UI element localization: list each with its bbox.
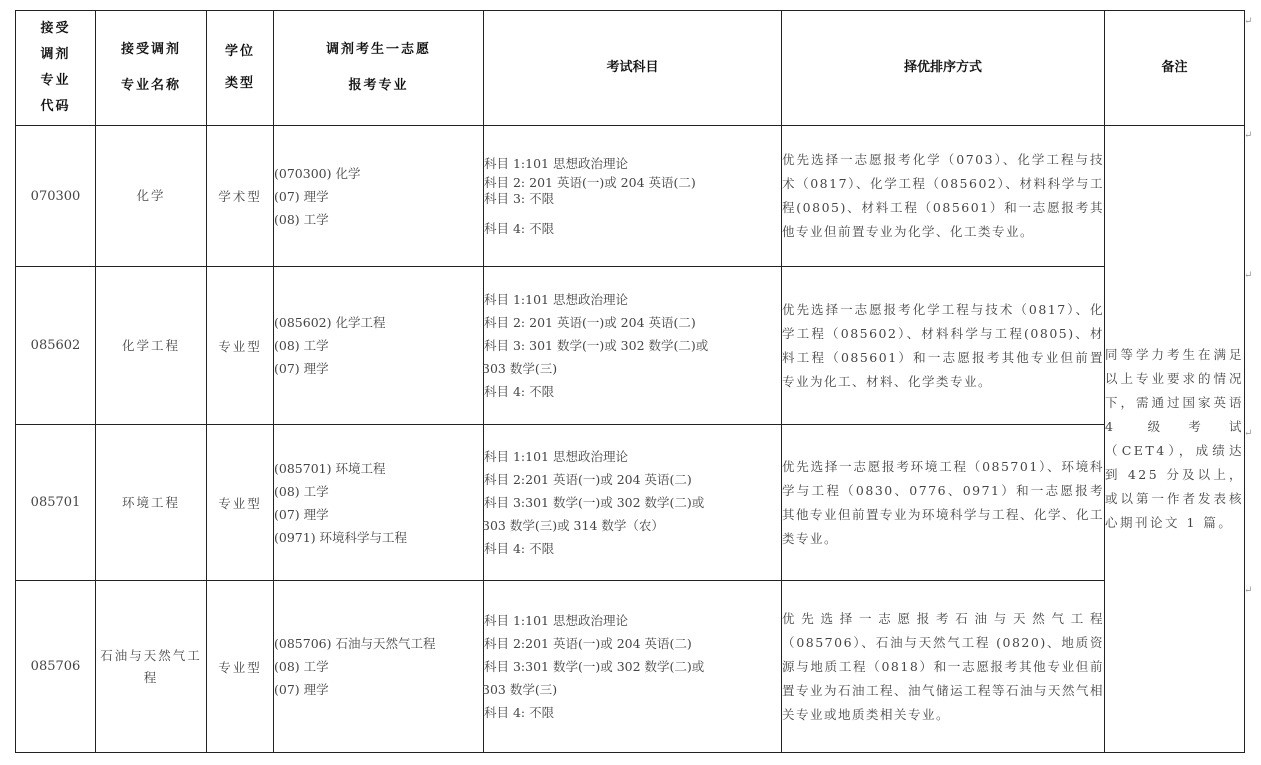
subject-line: 科目 3:301 数学(一)或 302 数学(二)或: [484, 491, 781, 514]
header-text: 调剂: [40, 42, 70, 68]
header-ranking: 择优排序方式: [782, 11, 1105, 126]
cell-ranking: 优先选择一志愿报考环境工程（085701）、环境科学与工程（0830、0776、…: [782, 425, 1105, 581]
header-text: 接受调剂: [121, 32, 181, 68]
subject-line: 303 数学(三): [482, 357, 781, 380]
cell-ranking: 优先选择一志愿报考石油与天然气工程（085706）、石油与天然气工程 (0820…: [782, 581, 1105, 753]
header-subjects: 考试科目: [484, 11, 782, 126]
subject-line: 科目 2:201 英语(一)或 204 英语(二): [484, 632, 781, 655]
subject-line: 科目 4: 不限: [484, 380, 781, 403]
subject-line: 科目 2: 201 英语(一)或 204 英语(二): [484, 311, 781, 334]
header-text: 接受: [40, 16, 70, 42]
cell-code: 085602: [16, 267, 96, 425]
cell-subjects: 科目 1:101 思想政治理论 科目 2:201 英语(一)或 204 英语(二…: [484, 581, 782, 753]
cell-ranking: 优先选择一志愿报考化学（0703）、化学工程与技术（0817）、化学工程（085…: [782, 126, 1105, 267]
first-choice-line: (07) 理学: [274, 185, 483, 208]
header-code: 接受 调剂 专业 代码: [16, 11, 96, 126]
adjustment-table: 接受 调剂 专业 代码 接受调剂 专业名称 学位 类型 调剂考生一志愿 报考专业: [15, 10, 1245, 753]
subject-line: 303 数学(三)或 314 数学（农）: [482, 514, 781, 537]
cell-code: 070300: [16, 126, 96, 267]
table-row: 085706 石油与天然气工程 专业型 (085706) 石油与天然气工程 (0…: [16, 581, 1245, 753]
first-choice-line: (070300) 化学: [274, 162, 483, 185]
subject-line: 科目 4: 不限: [484, 537, 781, 560]
cell-first-choice: (085701) 环境工程 (08) 工学 (07) 理学 (0971) 环境科…: [274, 425, 484, 581]
cell-subjects: 科目 1:101 思想政治理论 科目 2:201 英语(一)或 204 英语(二…: [484, 425, 782, 581]
header-text: 报考专业: [326, 68, 431, 104]
header-text: 代码: [40, 94, 70, 120]
header-first-choice: 调剂考生一志愿 报考专业: [274, 11, 484, 126]
row-end-mark-icon: ↵: [1244, 16, 1252, 27]
row-end-mark-icon: ↵: [1244, 130, 1252, 141]
first-choice-line: (085602) 化学工程: [274, 311, 483, 334]
cell-first-choice: (085602) 化学工程 (08) 工学 (07) 理学: [274, 267, 484, 425]
cell-degree-type: 专业型: [207, 581, 274, 753]
subject-line: 科目 3:301 数学(一)或 302 数学(二)或: [484, 655, 781, 678]
cell-name: 化学工程: [96, 267, 207, 425]
subject-line: 科目 2: 201 英语(一)或 204 英语(二): [484, 175, 781, 191]
header-name: 接受调剂 专业名称: [96, 11, 207, 126]
first-choice-line: (085701) 环境工程: [274, 457, 483, 480]
header-text: 调剂考生一志愿: [326, 32, 431, 68]
first-choice-line: (08) 工学: [274, 480, 483, 503]
cell-degree-type: 专业型: [207, 267, 274, 425]
first-choice-line: (07) 理学: [274, 503, 483, 526]
first-choice-line: (08) 工学: [274, 334, 483, 357]
cell-code: 085706: [16, 581, 96, 753]
row-end-mark-icon: ↵: [1244, 585, 1252, 596]
first-choice-line: (07) 理学: [274, 678, 483, 701]
subject-line: 科目 3: 301 数学(一)或 302 数学(二)或: [484, 334, 781, 357]
table-row: 085602 化学工程 专业型 (085602) 化学工程 (08) 工学 (0…: [16, 267, 1245, 425]
header-remark: 备注: [1105, 11, 1245, 126]
subject-line: 科目 1:101 思想政治理论: [484, 609, 781, 632]
header-text: 专业: [40, 68, 70, 94]
first-choice-line: (08) 工学: [274, 208, 483, 231]
subject-line: 303 数学(三): [482, 678, 781, 701]
cell-name: 石油与天然气工程: [96, 581, 207, 753]
subject-line: 科目 4: 不限: [484, 701, 781, 724]
header-text: 类型: [225, 68, 255, 100]
first-choice-line: (08) 工学: [274, 655, 483, 678]
subject-line: 科目 1:101 思想政治理论: [484, 288, 781, 311]
cell-remark: 同等学力考生在满足以上专业要求的情况下，需通过国家英语 4 级考试（CET4），…: [1105, 126, 1245, 753]
row-end-mark-icon: ↵: [1244, 428, 1252, 439]
subject-line: 科目 1:101 思想政治理论: [484, 152, 781, 175]
cell-degree-type: 学术型: [207, 126, 274, 267]
cell-first-choice: (070300) 化学 (07) 理学 (08) 工学: [274, 126, 484, 267]
table-row: 070300 化学 学术型 (070300) 化学 (07) 理学 (08) 工…: [16, 126, 1245, 267]
header-text: 学位: [225, 36, 255, 68]
header-text: 专业名称: [121, 68, 181, 104]
subject-line: 科目 3: 不限: [484, 191, 781, 207]
first-choice-line: (0971) 环境科学与工程: [274, 526, 483, 549]
cell-ranking: 优先选择一志愿报考化学工程与技术（0817）、化学工程（085602）、材料科学…: [782, 267, 1105, 425]
cell-name: 化学: [96, 126, 207, 267]
table-row: 085701 环境工程 专业型 (085701) 环境工程 (08) 工学 (0…: [16, 425, 1245, 581]
cell-subjects: 科目 1:101 思想政治理论 科目 2: 201 英语(一)或 204 英语(…: [484, 126, 782, 267]
first-choice-line: (07) 理学: [274, 357, 483, 380]
cell-code: 085701: [16, 425, 96, 581]
cell-name: 环境工程: [96, 425, 207, 581]
subject-line: 科目 4: 不限: [484, 217, 781, 240]
cell-degree-type: 专业型: [207, 425, 274, 581]
header-degree-type: 学位 类型: [207, 11, 274, 126]
subject-line: 科目 2:201 英语(一)或 204 英语(二): [484, 468, 781, 491]
subject-line: 科目 1:101 思想政治理论: [484, 445, 781, 468]
row-end-mark-icon: ↵: [1244, 270, 1252, 281]
cell-subjects: 科目 1:101 思想政治理论 科目 2: 201 英语(一)或 204 英语(…: [484, 267, 782, 425]
header-row: 接受 调剂 专业 代码 接受调剂 专业名称 学位 类型 调剂考生一志愿 报考专业: [16, 11, 1245, 126]
first-choice-line: (085706) 石油与天然气工程: [274, 632, 483, 655]
cell-first-choice: (085706) 石油与天然气工程 (08) 工学 (07) 理学: [274, 581, 484, 753]
